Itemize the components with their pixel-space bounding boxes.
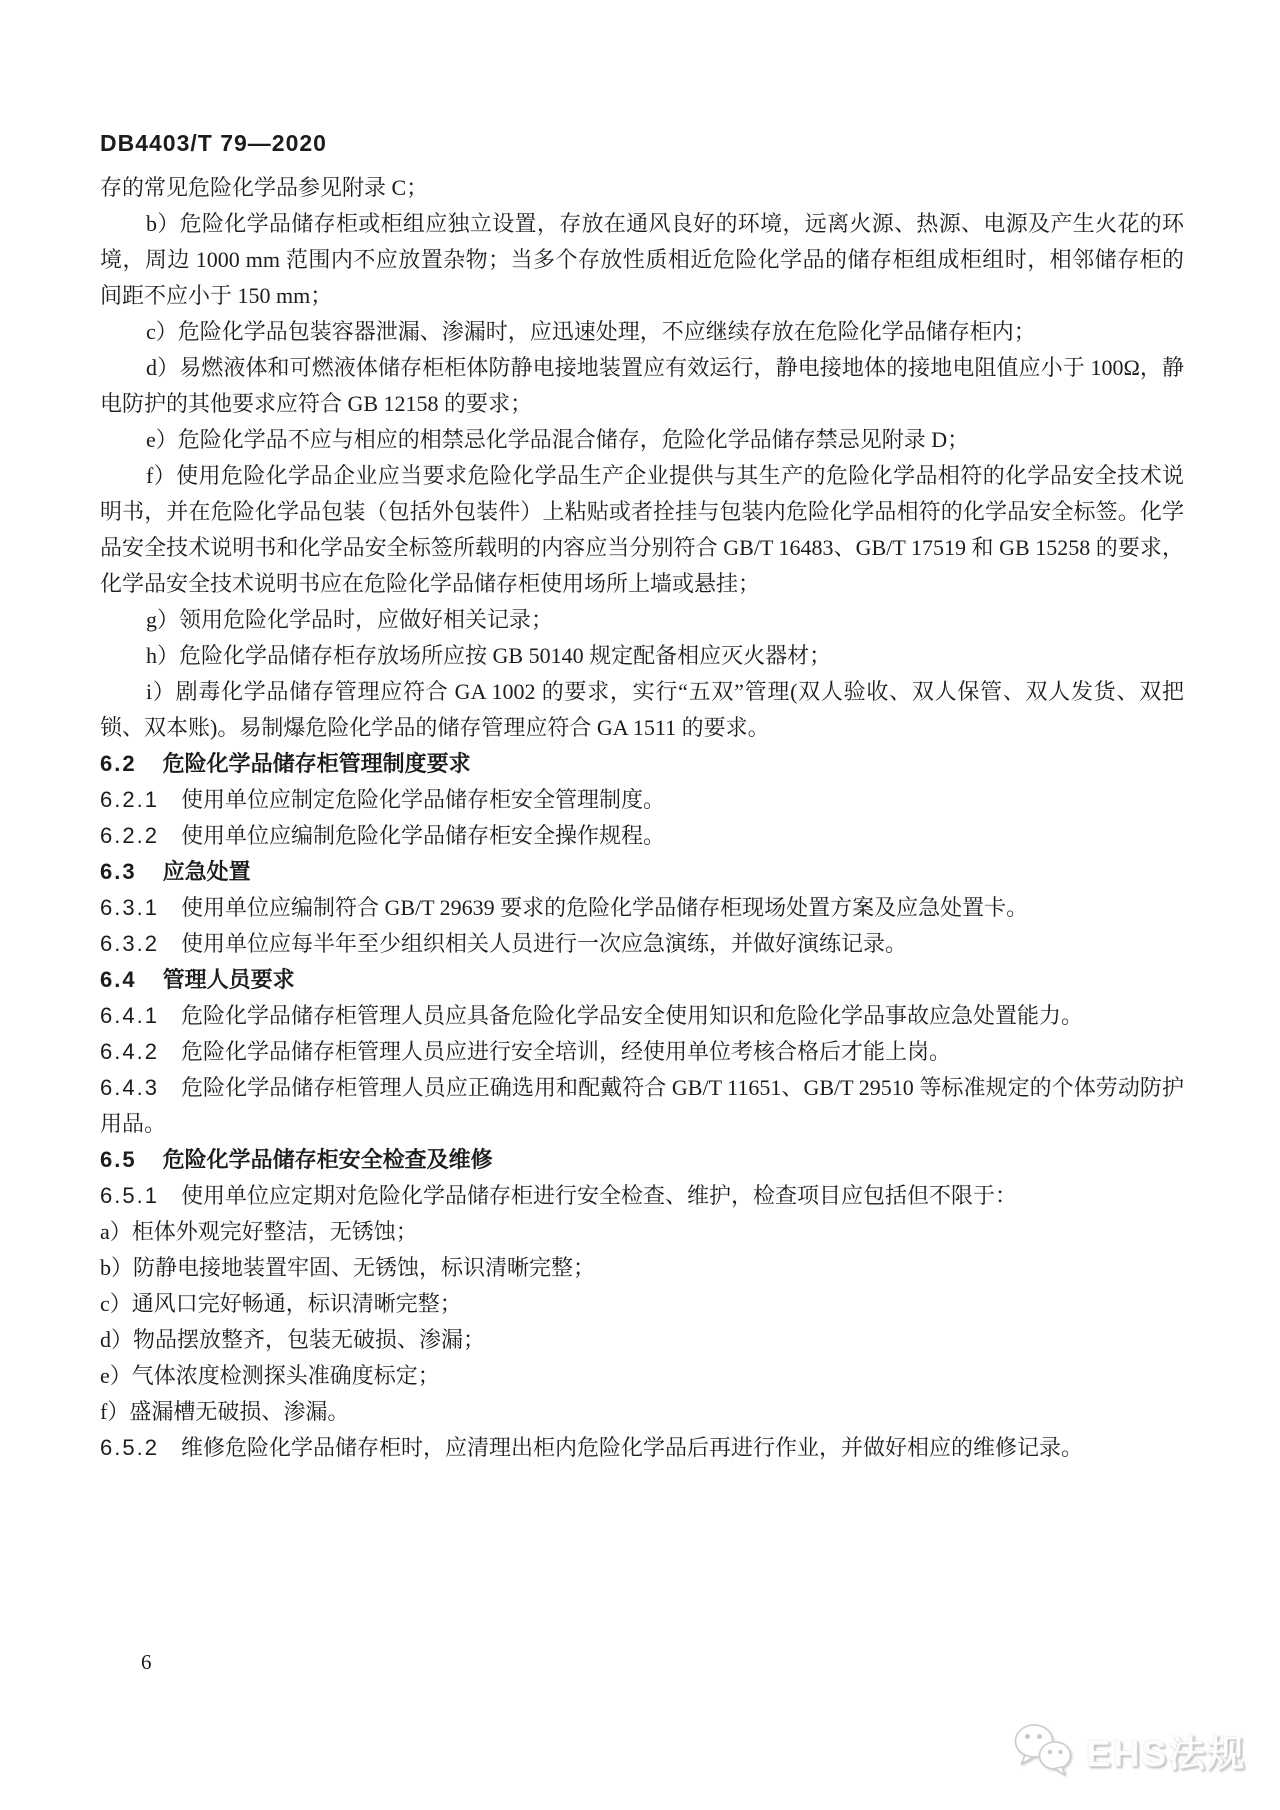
paragraph: e）危险化学品不应与相应的相禁忌化学品混合储存，危险化学品储存禁忌见附录 D； [100, 422, 1184, 458]
paragraph: g）领用危险化学品时，应做好相关记录； [100, 602, 1184, 638]
section-heading-6.4: 6.4管理人员要求 [100, 962, 1184, 998]
section-title: 危险化学品储存柜安全检查及维修 [163, 1147, 493, 1172]
clause-number: 6.5.2 [100, 1435, 159, 1460]
paragraph: 存的常见危险化学品参见附录 C； [100, 170, 1184, 206]
page-number: 6 [141, 1650, 152, 1675]
standard-number-header: DB4403/T 79—2020 [100, 130, 327, 157]
paragraph: f）使用危险化学品企业应当要求危险化学品生产企业提供与其生产的危险化学品相符的化… [100, 458, 1184, 602]
clause-number: 6.4.3 [100, 1075, 159, 1100]
clause-text: 维修危险化学品储存柜时，应清理出柜内危险化学品后再进行作业，并做好相应的维修记录… [181, 1435, 1083, 1460]
clause-text: 使用单位应编制危险化学品储存柜安全操作规程。 [181, 823, 665, 848]
clause-number: 6.2.1 [100, 787, 159, 812]
paragraph: d）易燃液体和可燃液体储存柜柜体防静电接地装置应有效运行，静电接地体的接地电阻值… [100, 350, 1184, 422]
wechat-chat-bubbles-icon [1012, 1722, 1076, 1778]
section-number: 6.2 [100, 751, 137, 776]
section-heading-6.3: 6.3应急处置 [100, 854, 1184, 890]
section-title: 应急处置 [163, 859, 251, 884]
clause-text: 使用单位应编制符合 GB/T 29639 要求的危险化学品储存柜现场处置方案及应… [181, 895, 1028, 920]
check-item: b）防静电接地装置牢固、无锈蚀，标识清晰完整； [100, 1250, 1184, 1286]
paragraph: c）危险化学品包装容器泄漏、渗漏时，应迅速处理，不应继续存放在危险化学品储存柜内… [100, 314, 1184, 350]
check-item: a）柜体外观完好整洁，无锈蚀； [100, 1214, 1184, 1250]
check-item: c）通风口完好畅通，标识清晰完整； [100, 1286, 1184, 1322]
section-heading-6.5: 6.5危险化学品储存柜安全检查及维修 [100, 1142, 1184, 1178]
section-number: 6.3 [100, 859, 137, 884]
document-page: DB4403/T 79—2020 存的常见危险化学品参见附录 C；b）危险化学品… [0, 0, 1280, 1810]
watermark: EHS法规 [1012, 1722, 1246, 1778]
document-body: 存的常见危险化学品参见附录 C；b）危险化学品储存柜或柜组应独立设置，存放在通风… [100, 170, 1184, 1466]
clause-6.4.2: 6.4.2危险化学品储存柜管理人员应进行安全培训，经使用单位考核合格后才能上岗。 [100, 1034, 1184, 1070]
check-item: e）气体浓度检测探头准确度标定； [100, 1358, 1184, 1394]
paragraph: b）危险化学品储存柜或柜组应独立设置，存放在通风良好的环境，远离火源、热源、电源… [100, 206, 1184, 314]
check-item: d）物品摆放整齐，包装无破损、渗漏； [100, 1322, 1184, 1358]
clause-number: 6.4.2 [100, 1039, 159, 1064]
clause-6.4.1: 6.4.1危险化学品储存柜管理人员应具备危险化学品安全使用知识和危险化学品事故应… [100, 998, 1184, 1034]
section-heading-6.2: 6.2危险化学品储存柜管理制度要求 [100, 746, 1184, 782]
clause-text: 危险化学品储存柜管理人员应进行安全培训，经使用单位考核合格后才能上岗。 [181, 1039, 951, 1064]
paragraph: i）剧毒化学品储存管理应符合 GA 1002 的要求，实行“五双”管理(双人验收… [100, 674, 1184, 746]
section-number: 6.5 [100, 1147, 137, 1172]
clause-number: 6.2.2 [100, 823, 159, 848]
clause-text: 危险化学品储存柜管理人员应具备危险化学品安全使用知识和危险化学品事故应急处置能力… [181, 1003, 1083, 1028]
section-title: 危险化学品储存柜管理制度要求 [163, 751, 471, 776]
clause-text: 使用单位应定期对危险化学品储存柜进行安全检查、维护，检查项目应包括但不限于： [181, 1183, 1017, 1208]
clause-6.3.1: 6.3.1使用单位应编制符合 GB/T 29639 要求的危险化学品储存柜现场处… [100, 890, 1184, 926]
section-number: 6.4 [100, 967, 137, 992]
clause-6.5.2: 6.5.2维修危险化学品储存柜时，应清理出柜内危险化学品后再进行作业，并做好相应… [100, 1430, 1184, 1466]
clause-text: 使用单位应每半年至少组织相关人员进行一次应急演练，并做好演练记录。 [181, 931, 907, 956]
clause-6.2.1: 6.2.1使用单位应制定危险化学品储存柜安全管理制度。 [100, 782, 1184, 818]
section-title: 管理人员要求 [163, 967, 295, 992]
paragraph: h）危险化学品储存柜存放场所应按 GB 50140 规定配备相应灭火器材； [100, 638, 1184, 674]
clause-number: 6.3.1 [100, 895, 159, 920]
clause-6.4.3: 6.4.3危险化学品储存柜管理人员应正确选用和配戴符合 GB/T 11651、G… [100, 1070, 1184, 1142]
clause-6.5.1: 6.5.1使用单位应定期对危险化学品储存柜进行安全检查、维护，检查项目应包括但不… [100, 1178, 1184, 1214]
clause-number: 6.3.2 [100, 931, 159, 956]
clause-6.3.2: 6.3.2使用单位应每半年至少组织相关人员进行一次应急演练，并做好演练记录。 [100, 926, 1184, 962]
check-item: f）盛漏槽无破损、渗漏。 [100, 1394, 1184, 1430]
clause-6.2.2: 6.2.2使用单位应编制危险化学品储存柜安全操作规程。 [100, 818, 1184, 854]
clause-number: 6.4.1 [100, 1003, 159, 1028]
watermark-label: EHS法规 [1086, 1723, 1246, 1777]
clause-number: 6.5.1 [100, 1183, 159, 1208]
clause-text: 危险化学品储存柜管理人员应正确选用和配戴符合 GB/T 11651、GB/T 2… [100, 1075, 1184, 1136]
clause-text: 使用单位应制定危险化学品储存柜安全管理制度。 [181, 787, 665, 812]
